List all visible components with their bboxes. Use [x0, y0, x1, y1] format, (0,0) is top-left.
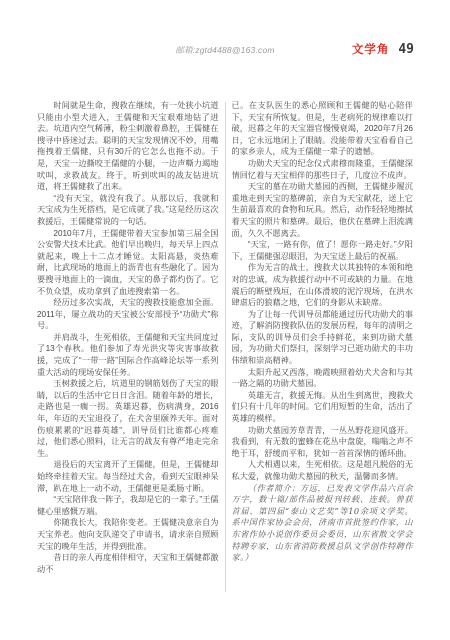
page-header: 邮箱:zgtd4488@163.com 文学角 49 [0, 0, 450, 100]
paragraph: “天宝陪伴我一阵子，我却是它的一辈子。”王儒健心里感慨万端。 [37, 494, 219, 517]
paragraph: “没有天宝，就没有我了。从那以后，我就和天宝成为生死搭档，是它成就了我。”这是经… [37, 193, 219, 228]
paragraph: 已。在支队医生的悉心照顾和王儒健的贴心陪伴下，天宝有所恢复。但是，生老病死的规律… [232, 100, 414, 158]
paragraph: 英雄无言，救援无悔。从出生到离世，搜救犬们只有十几年的时间。它们用短暂的生命，活… [232, 390, 414, 425]
paragraph: 人犬相遇以来，生死相依。这是超凡脱俗的无私大爱，就像功勋犬墓园的秋天，温馨而多情… [232, 459, 414, 482]
right-column: 已。在支队医生的悉心照顾和王儒健的贴心陪伴下，天宝有所恢复。但是，生老病死的规律… [232, 100, 414, 620]
paragraph: 2010年7月，王儒健带着天宝参加第三届全国公安警犬技术比武。他们早出晚归，每天… [37, 228, 219, 298]
paragraph: 功勋犬墓园芳草青青，一丛丛野花迎风盛开。我看到，有无数的蜜蜂在花丛中盘旋，嗡嗡之… [232, 425, 414, 460]
paragraph: 天宝的墓在功勋犬墓园的西侧，王儒健步履沉重地走到天宝的墓碑前，亲自为天宝献花，送… [232, 181, 414, 239]
paragraph: 时间就是生命，搜救在继续，有一处狭小坑道只能由小型犬进入，王儒健和天宝艰难地钻了… [37, 100, 219, 193]
paragraph: 退役后的天宝离开了王儒健，但是，王儒健却始终牵挂着天宝。每当经过犬舍，看到天宝眼… [37, 459, 219, 494]
paragraph: “天宝，一路有你，值了！愿你一路走好。”夕阳下，王儒健强忍眼泪，为天宝送上最后的… [232, 239, 414, 262]
paragraph: 并肩战斗，生死相依，王儒健和天宝共同度过了13个春秋。他们参加了寿光洪灾等灾害事… [37, 332, 219, 378]
paragraph: 经历过多次实战，天宝的搜救技能愈加全面。2011年，屡立战功的天宝被公安部授予“… [37, 297, 219, 332]
paragraph: 太阳升起又西落，晚霞映照着幼犬犬舍和与其一路之隔的功勋犬墓园。 [232, 367, 414, 390]
contact-email: 邮箱:zgtd4488@163.com [175, 44, 274, 56]
magazine-page: 邮箱:zgtd4488@163.com 文学角 49 时间就是生命，搜救在继续，… [0, 0, 450, 640]
paragraph: 你随我长大，我陪你变老。王儒健决意亲自为天宝养老。他向支队递交了申请书，请求亲自… [37, 517, 219, 552]
paragraph: 功勋犬天宝的纪念仪式肃穆而隆重，王儒健深情回忆着与天宝相伴的那些日子，几度泣不成… [232, 158, 414, 181]
paragraph: 昔日的亲人再度相伴相守，天宝和王儒健都激动不 [37, 552, 219, 575]
page-number: 49 [398, 42, 414, 57]
author-bio: （作者简介：方远，已发表文学作品六百余万字，数十篇/部作品被报刊转载、连载。曾获… [232, 483, 414, 564]
paragraph: 为了让每一代训导员都能通过历代功勋犬的事迹，了解消防搜救队伍的发展历程，每年的清… [232, 309, 414, 367]
paragraph: 玉树救援之后，坑道里的钢筋划伤了天宝的眼睛，以后的生活中它日日含泪。随着年龄的增… [37, 378, 219, 459]
section-title: 文学角 [352, 41, 390, 57]
header-right-group: 文学角 49 [352, 41, 414, 57]
paragraph: 作为无言的战士，搜救犬以其独特的本领和绝对的忠诚，成为救援行动中不可或缺的力量。… [232, 262, 414, 308]
column-divider [225, 102, 226, 592]
left-column: 时间就是生命，搜救在继续，有一处狭小坑道只能由小型犬进入，王儒健和天宝艰难地钻了… [37, 100, 219, 620]
article-body: 时间就是生命，搜救在继续，有一处狭小坑道只能由小型犬进入，王儒健和天宝艰难地钻了… [37, 100, 413, 620]
